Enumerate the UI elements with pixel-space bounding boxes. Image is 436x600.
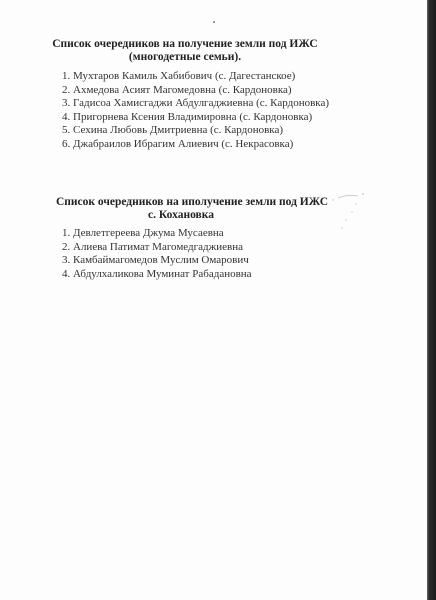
scanned-page: Список очередников на получение земли по… — [0, 0, 427, 600]
list-item: 3. Гадисоа Хамисгаджи Абдулгаджиевна (с.… — [62, 97, 329, 111]
section2-title: Список очередников на иполучение земли п… — [56, 196, 306, 222]
list-item: 4. Абдулхаликова Муминат Рабадановна — [62, 268, 252, 282]
scanner-edge-shadow — [427, 0, 436, 600]
section2-title-line2: с. Кохановка — [56, 209, 306, 222]
list-item: 4. Пригорнева Ксения Владимировна (с. Ка… — [62, 111, 329, 125]
list-item: 6. Джабраилов Ибрагим Алиевич (с. Некрас… — [62, 138, 329, 152]
list-item: 2. Ахмедова Асият Магомедовна (с. Кардон… — [62, 84, 329, 98]
section2-list: 1. Девлетгереева Джума Мусаевна 2. Алиев… — [62, 227, 252, 281]
list-item: 3. Камбаймагомедов Муслим Омарович — [62, 254, 252, 268]
list-item: 1. Мухтаров Камиль Хабибович (с. Дагеста… — [62, 70, 329, 84]
section1-title-line2: (многодетные семьи). — [50, 51, 320, 64]
faint-scan-marks — [330, 190, 410, 250]
scan-speck — [213, 21, 215, 23]
list-item: 5. Сехина Любовь Дмитриевна (с. Кардонов… — [62, 124, 329, 138]
list-item: 2. Алиева Патимат Магомедгаджиевна — [62, 241, 252, 255]
section1-title: Список очередников на получение земли по… — [50, 38, 320, 64]
section1-list: 1. Мухтаров Камиль Хабибович (с. Дагеста… — [62, 70, 329, 152]
section1-title-line1: Список очередников на получение земли по… — [50, 38, 320, 51]
list-item: 1. Девлетгереева Джума Мусаевна — [62, 227, 252, 241]
section2-title-line1: Список очередников на иполучение земли п… — [56, 196, 306, 209]
